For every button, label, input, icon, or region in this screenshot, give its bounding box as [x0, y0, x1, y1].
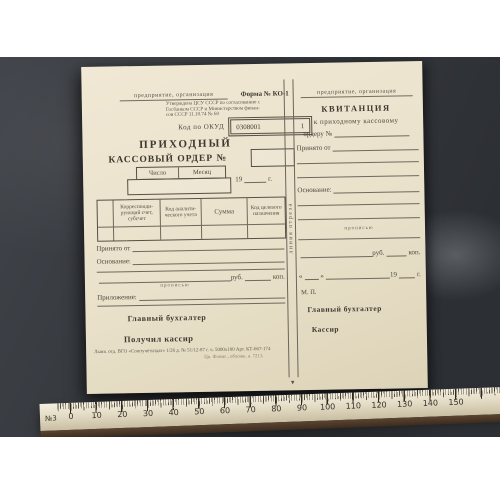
receipt-year-suffix: г. [417, 270, 421, 278]
ruler-number: 70 [238, 405, 264, 415]
receipt-subtitle-line1: к приходному кассовому [295, 116, 417, 126]
amount-blank-line [300, 248, 372, 258]
close-quote: » [320, 272, 324, 280]
date-table-col2: Месяц [179, 167, 225, 179]
ruler-number: 60 [212, 406, 238, 416]
in-words-caption: прописью [125, 283, 225, 290]
blank-line [334, 183, 420, 193]
table-header: Корреспонди- рующий счет, субсчет [114, 200, 161, 228]
table-empty-cell [161, 226, 202, 240]
receipt-accepted-from-line: Принято от [297, 141, 419, 152]
blank-line [97, 294, 285, 306]
date-entry-box [127, 177, 231, 195]
rub-label: руб. [231, 273, 243, 281]
ruler-number: 20 [109, 410, 135, 420]
amount-line: руб. коп. [97, 271, 285, 283]
open-quote: « [299, 272, 303, 280]
ruler-number: 110 [340, 401, 366, 411]
receipt-chief-accountant-label: Главный бухгалтер [307, 304, 382, 314]
table-header: Код целевого назначения [247, 197, 284, 225]
ruler-number: 40 [161, 408, 187, 418]
blank-line [132, 240, 284, 252]
ruler-number: 30 [135, 409, 161, 419]
receipt-subtitle-line2: ордеру № [303, 130, 332, 139]
blank-line [332, 141, 418, 152]
year-prefix: 19 [235, 175, 242, 183]
receipt-amount-line: руб. коп. [298, 247, 420, 258]
ruler-number: 10 [84, 410, 110, 420]
blank-line [298, 209, 420, 220]
ruler-number: 80 [263, 404, 289, 414]
kop-blank-line [245, 272, 271, 281]
receipt-basis-line: Основание: [297, 183, 419, 194]
receipt-basis-label: Основание: [297, 186, 331, 195]
receipt-kop-label: коп. [408, 248, 420, 256]
approval-line: сов СССР 11.10.74 № 60 [166, 110, 300, 118]
receipt-title: КВИТАНЦИЯ [295, 102, 417, 114]
receipt-rub-label: руб. [372, 249, 384, 257]
year-blank-line [399, 269, 415, 278]
cash-order-form: предприятие, организация Форма № КО-1 Ут… [81, 61, 428, 394]
blank-line [334, 127, 409, 137]
ruler-number: 120 [366, 400, 392, 410]
stamp-place-label: М. П. [301, 289, 316, 296]
table-header: Сумма [201, 198, 247, 226]
accounting-table: Корреспонди- рующий счет, субсчет Код ан… [96, 196, 286, 241]
receipt-date-line: « » 19 г. [299, 269, 421, 280]
ruler-number: 0 [58, 411, 84, 421]
year-blank-line [244, 174, 266, 183]
ruler-number: 150 [443, 397, 469, 407]
accepted-from-line: Принято от [96, 240, 284, 252]
table-empty-cell [202, 225, 248, 239]
ruler-number: 50 [186, 407, 212, 417]
table-empty-cell [114, 227, 161, 241]
table-header: Код аналити- ческого учета [160, 199, 201, 227]
blank-line [298, 229, 420, 240]
cashier-received-label: Получил кассир [124, 333, 194, 344]
okud-label: Код по ОКУД [178, 123, 224, 132]
year-suffix: г. [268, 175, 272, 183]
blank-line [297, 167, 419, 178]
kop-label: коп. [273, 272, 285, 280]
form-title-line2: КАССОВЫЙ ОРДЕР № [83, 153, 253, 166]
day-blank-line [304, 271, 318, 280]
chief-accountant-label: Главный бухгалтер [127, 313, 206, 323]
table-empty-cell [98, 227, 114, 240]
blank-line [97, 260, 285, 272]
cut-line-label: линия отреза [288, 203, 295, 254]
month-blank-line [326, 270, 390, 280]
ruler-number: 90 [289, 403, 315, 413]
blank-line [297, 195, 419, 206]
date-table-col1: Число [137, 167, 179, 179]
receipt-accepted-from-label: Принято от [297, 144, 331, 153]
receipt-org-caption: предприятие, организация [301, 88, 413, 98]
photo-frame: предприятие, организация Форма № КО-1 Ут… [0, 0, 500, 500]
year-line: 19 г. [235, 174, 280, 184]
table-header [98, 200, 114, 227]
ruler-number: 140 [417, 398, 443, 408]
accepted-from-label: Принято от [96, 244, 130, 253]
table-empty-cell [248, 224, 285, 238]
receipt-order-number-line: ордеру № [303, 127, 409, 138]
ruler-number: 130 [392, 399, 418, 409]
okud-code-value: 0308001 [236, 122, 261, 130]
receipt-cashier-label: Кассир [312, 325, 339, 334]
ruler-brand-mark: №3 [45, 414, 57, 422]
cut-line-arrow-icon: ▼ [290, 380, 296, 386]
receipt-year-prefix: 19 [390, 271, 397, 279]
photo-of-document: предприятие, организация Форма № КО-1 Ут… [0, 57, 500, 437]
ruler-number: 100 [315, 402, 341, 412]
kop-blank-line [386, 247, 406, 256]
blank-line [297, 153, 419, 164]
